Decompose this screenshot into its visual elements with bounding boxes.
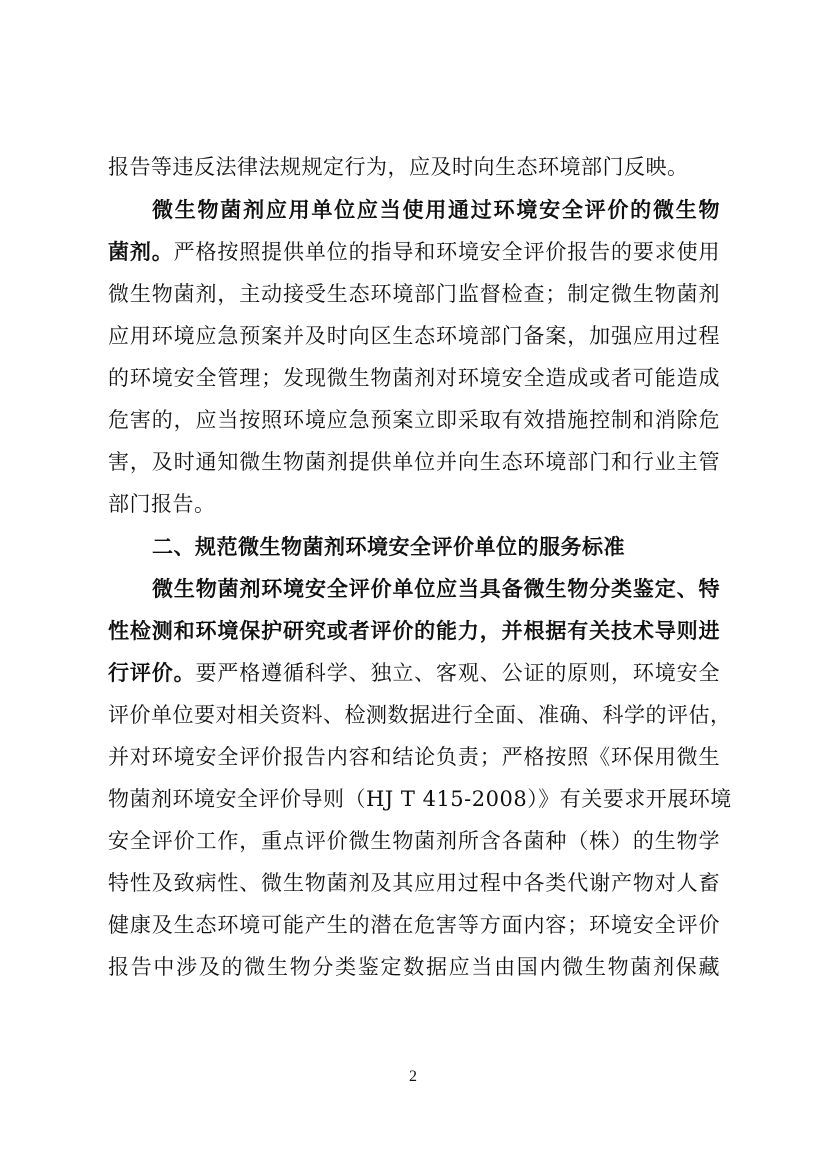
- text-line: 行评价。要严格遵循科学、独立、客观、公证的原则，环境安全: [108, 658, 720, 688]
- text-line: 报告等违反法律法规规定行为，应及时向生态环境部门反映。: [108, 152, 720, 182]
- body-text: 的环境安全管理；发现微生物菌剂对环境安全造成或者可能造成: [108, 366, 720, 390]
- bold-text: 微生物菌剂应用单位应当使用通过环境安全评价的微生物: [152, 198, 720, 222]
- body-text: 应用环境应急预案并及时向区生态环境部门备案，加强应用过程: [108, 324, 720, 348]
- text-line: 安全评价工作，重点评价微生物菌剂所含各菌种（株）的生物学: [108, 826, 720, 856]
- text-line: 微生物菌剂，主动接受生态环境部门监督检查；制定微生物菌剂: [108, 279, 720, 309]
- document-page: 报告等违反法律法规规定行为，应及时向生态环境部门反映。 微生物菌剂应用单位应当使…: [0, 0, 826, 1169]
- body-text: 要严格遵循科学、独立、客观、公证的原则，环境安全: [195, 661, 720, 685]
- paragraph-lead-bold: 微生物菌剂应用单位应当使用通过环境安全评价的微生物: [152, 195, 720, 225]
- text-line: 健康及生态环境可能产生的潜在危害等方面内容；环境安全评价: [108, 910, 720, 940]
- body-text: 物菌剂环境安全评价导则（HJ T 415-2008）》有关要求开展环境: [108, 787, 732, 811]
- text-line: 并对环境安全评价报告内容和结论负责；严格按照《环保用微生: [108, 742, 720, 772]
- text-line: 报告中涉及的微生物分类鉴定数据应当由国内微生物菌剂保藏: [108, 952, 720, 982]
- body-text: 安全评价工作，重点评价微生物菌剂所含各菌种（株）的生物学: [108, 829, 720, 853]
- body-text: 报告等违反法律法规规定行为，应及时向生态环境部门反映。: [108, 155, 689, 179]
- bold-text: 菌剂。: [108, 240, 174, 264]
- text-line: 评价单位要对相关资料、检测数据进行全面、准确、科学的评估，: [108, 700, 720, 730]
- body-text: 特性及致病性、微生物菌剂及其应用过程中各类代谢产物对人畜: [108, 871, 720, 895]
- body-text: 评价单位要对相关资料、检测数据进行全面、准确、科学的评估，: [108, 703, 732, 727]
- text-line: 应用环境应急预案并及时向区生态环境部门备案，加强应用过程: [108, 321, 720, 351]
- text-line: 部门报告。: [108, 489, 720, 519]
- body-text: 健康及生态环境可能产生的潜在危害等方面内容；环境安全评价: [108, 913, 720, 937]
- body-text: 严格按照提供单位的指导和环境安全评价报告的要求使用: [174, 240, 720, 264]
- text-line: 物菌剂环境安全评价导则（HJ T 415-2008）》有关要求开展环境: [108, 784, 720, 814]
- bold-text: 微生物菌剂环境安全评价单位应当具备微生物分类鉴定、特: [152, 577, 720, 601]
- body-text: 微生物菌剂，主动接受生态环境部门监督检查；制定微生物菌剂: [108, 282, 720, 306]
- text-line: 特性及致病性、微生物菌剂及其应用过程中各类代谢产物对人畜: [108, 868, 720, 898]
- paragraph-lead-bold: 微生物菌剂环境安全评价单位应当具备微生物分类鉴定、特: [152, 574, 720, 604]
- body-text: 害，及时通知微生物菌剂提供单位并向生态环境部门和行业主管: [108, 450, 720, 474]
- text-line: 害，及时通知微生物菌剂提供单位并向生态环境部门和行业主管: [108, 447, 720, 477]
- body-text: 报告中涉及的微生物分类鉴定数据应当由国内微生物菌剂保藏: [108, 955, 720, 979]
- text-line: 的环境安全管理；发现微生物菌剂对环境安全造成或者可能造成: [108, 363, 720, 393]
- body-text: 并对环境安全评价报告内容和结论负责；严格按照《环保用微生: [108, 745, 720, 769]
- body-text: 部门报告。: [108, 492, 216, 516]
- bold-text: 性检测和环境保护研究或者评价的能力，并根据有关技术导则进: [108, 619, 720, 643]
- section-heading: 二、规范微生物菌剂环境安全评价单位的服务标准: [152, 532, 720, 562]
- body-text: 危害的，应当按照环境应急预案立即采取有效措施控制和消除危: [108, 408, 720, 432]
- bold-text: 行评价。: [108, 661, 195, 685]
- text-line: 危害的，应当按照环境应急预案立即采取有效措施控制和消除危: [108, 405, 720, 435]
- text-line: 性检测和环境保护研究或者评价的能力，并根据有关技术导则进: [108, 616, 720, 646]
- heading-text: 二、规范微生物菌剂环境安全评价单位的服务标准: [152, 535, 625, 559]
- text-line: 菌剂。严格按照提供单位的指导和环境安全评价报告的要求使用: [108, 237, 720, 267]
- page-number: 2: [0, 1068, 826, 1086]
